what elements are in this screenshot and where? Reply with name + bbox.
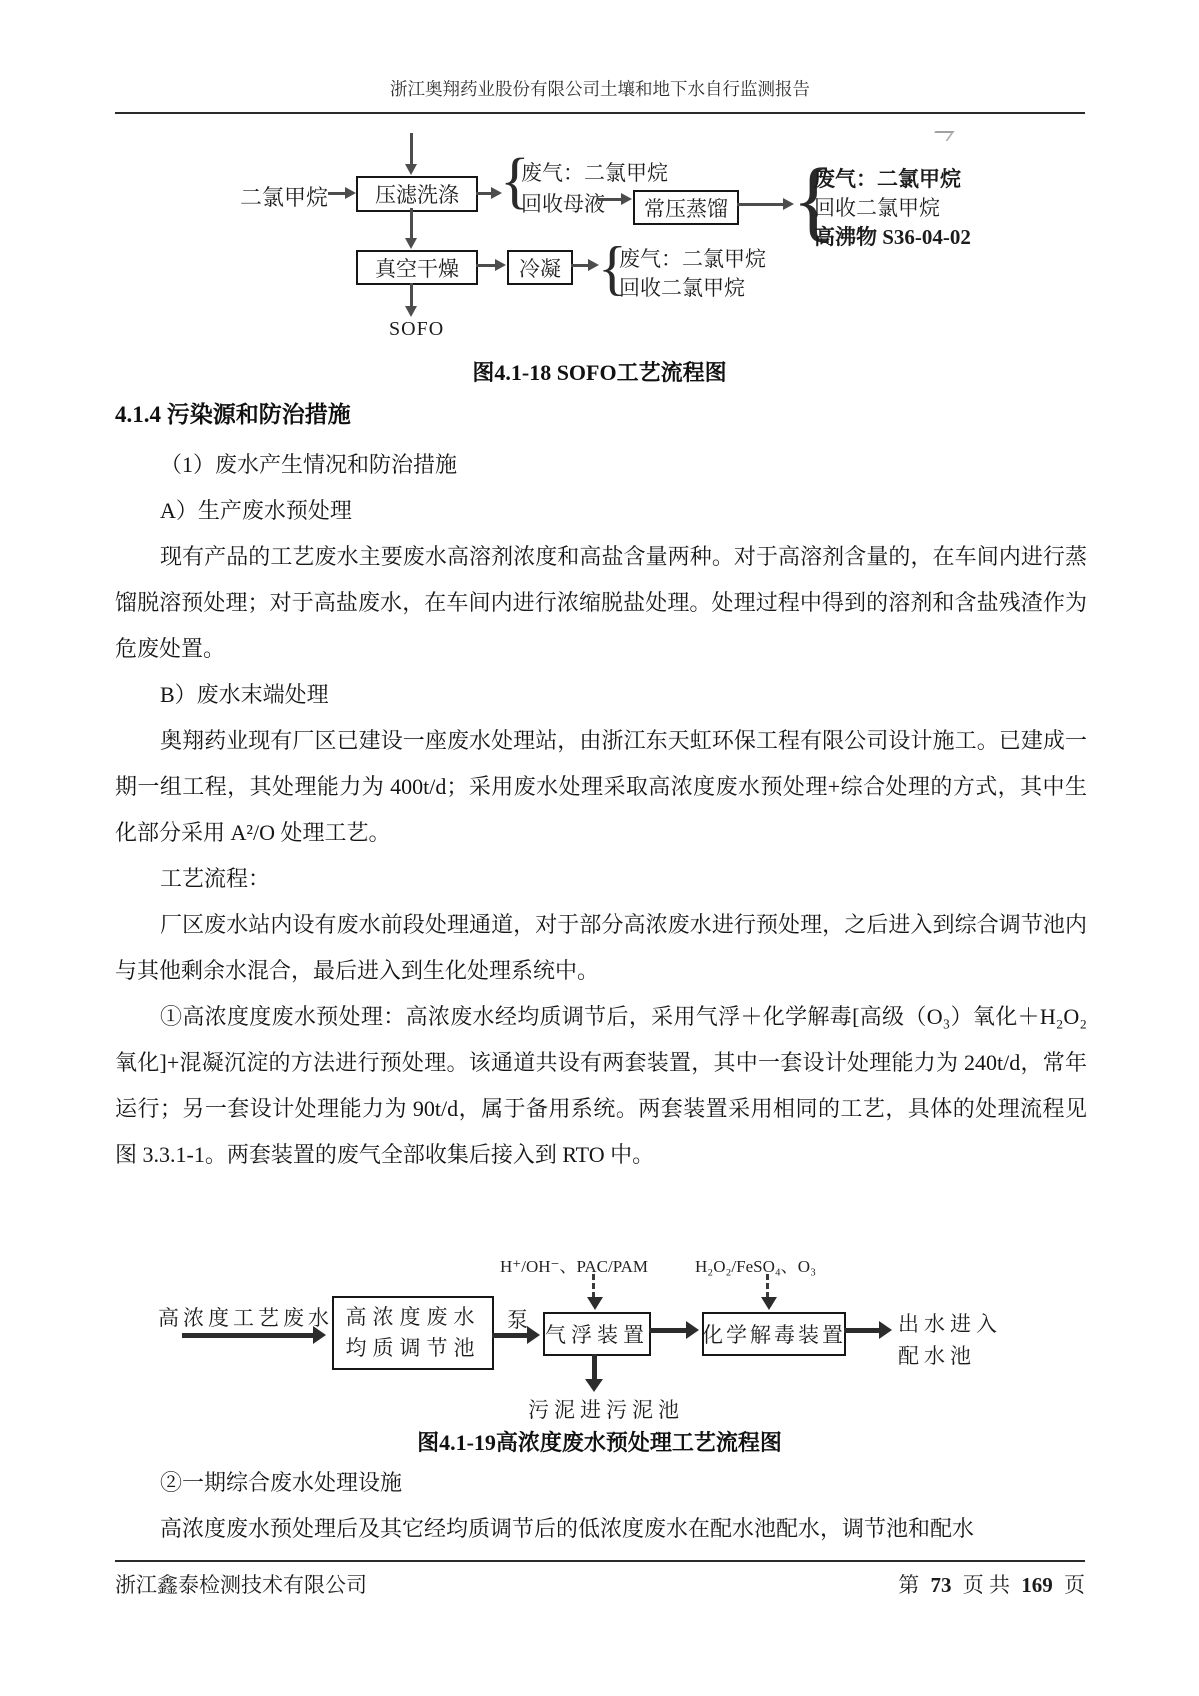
figure2-caption: 图4.1-19高浓度废水预处理工艺流程图 [0, 1426, 1199, 1457]
footer-seg1: 第 [898, 1573, 919, 1597]
sub-heading-2: ②一期综合废水处理设施 [115, 1460, 1087, 1506]
output-line-1: 出水进入 [898, 1308, 1002, 1338]
footer-company: 浙江鑫泰检测技术有限公司 [115, 1569, 367, 1599]
footer-page-indicator: 第 73 页 共 169 页 [892, 1569, 1085, 1599]
footer-seg3: 页 [1064, 1573, 1085, 1597]
arrow-input-to-tank [182, 1333, 314, 1338]
report-page: 浙江奥翔药业股份有限公司土壤和地下水自行监测报告 二氯甲烷 压滤洗涤 { 废气：… [0, 0, 1199, 1696]
output-line-2: 配水池 [898, 1340, 976, 1370]
sludge-label: 污泥进污泥池 [528, 1394, 684, 1424]
box-equalization-tank: 高浓度废水 均质调节池 [332, 1296, 494, 1370]
reagent-label-2: H₂O₂/FeSO₄、O₃ [695, 1252, 816, 1277]
paragraph-comprehensive: 高浓度废水预处理后及其它经均质调节后的低浓度废水在配水池配水，调节池和配水 [115, 1506, 1087, 1552]
reagent-label-1: H⁺/OH⁻、PAC/PAM [500, 1252, 648, 1277]
arrow-tank-to-flotation [492, 1333, 528, 1338]
arrow-detox-to-output [844, 1328, 880, 1333]
pump-label: 泵 [507, 1304, 528, 1334]
box-chemical-detox: 化学解毒装置 [702, 1312, 846, 1356]
input-wastewater-label: 高浓度工艺废水 [158, 1302, 333, 1332]
tank-line-1: 高浓度废水 [346, 1302, 481, 1333]
footer-seg2: 页 共 [963, 1573, 1010, 1597]
arrow-flotation-to-detox [649, 1328, 687, 1333]
page-footer: 浙江鑫泰检测技术有限公司 第 73 页 共 169 页 [115, 1560, 1085, 1599]
tank-line-2: 均质调节池 [346, 1333, 481, 1364]
footer-total-pages: 169 [1021, 1573, 1053, 1597]
arrow-flotation-to-sludge [592, 1354, 597, 1380]
dashed-arrow-reagent2 [766, 1274, 769, 1298]
box-air-flotation: 气浮装置 [543, 1312, 651, 1356]
body-text-block-2: ②一期综合废水处理设施 高浓度废水预处理后及其它经均质调节后的低浓度废水在配水池… [115, 1460, 1087, 1552]
footer-page-number: 73 [931, 1573, 952, 1597]
dashed-arrow-reagent1 [592, 1274, 595, 1298]
